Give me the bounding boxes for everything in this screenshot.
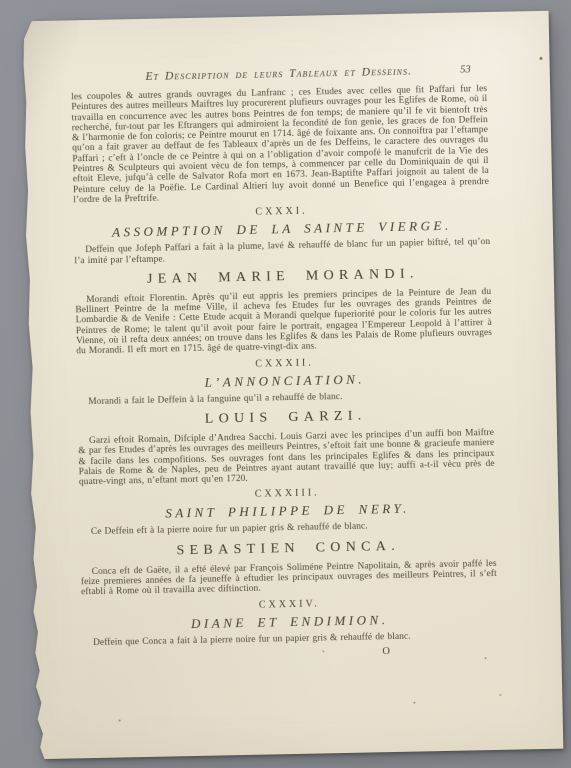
paragraph-conca-bio: Conca eft de Gaëte, il a efté élevé par … [81,559,498,598]
artist-heading-garzi: LOUIS GARZI. [78,406,494,430]
section-title-diane-endimion: DIANE ET ENDIMION. [82,610,498,633]
section-title-assomption: ASSOMPTION DE LA SAINTE VIERGE. [74,217,490,240]
section-title-saint-philippe: SAINT PHILIPPE DE NERY. [79,499,495,522]
paragraph-garzi-bio: Garzi eftoit Romain, Difciple d’Andrea S… [78,428,495,488]
caption-saint-philippe: Ce Deffein eft à la pierre noire fur un … [80,519,496,538]
paragraph-passari-continuation: les coupoles & autres grands ouvrages du… [71,84,489,206]
paper-surface: Et Description de leurs Tableaux et Dess… [20,11,564,759]
section-title-annonciation: L’ANNONCIATION. [77,369,493,392]
paragraph-morandi-bio: Morandi eftoit Florentin. Après qu’il eu… [75,287,492,357]
catchword-signature: O [382,646,390,657]
caption-annonciation: Morandi a fait le Deffein à la fanguine … [77,389,493,408]
caption-assomption: Deffein que Jofeph Paffari a fait à la p… [74,237,490,266]
text-block: Et Description de leurs Tableaux et Dess… [20,11,564,759]
artist-heading-conca: SEBASTIEN CONCA. [80,537,496,561]
page-number: 53 [460,63,471,76]
artist-heading-morandi: JEAN MARIE MORANDI. [75,265,491,289]
running-header: Et Description de leurs Tableaux et Dess… [71,62,487,85]
book-page-sheet: Et Description de leurs Tableaux et Dess… [20,11,564,759]
running-header-title: Et Description de leurs Tableaux et Dess… [145,66,412,83]
